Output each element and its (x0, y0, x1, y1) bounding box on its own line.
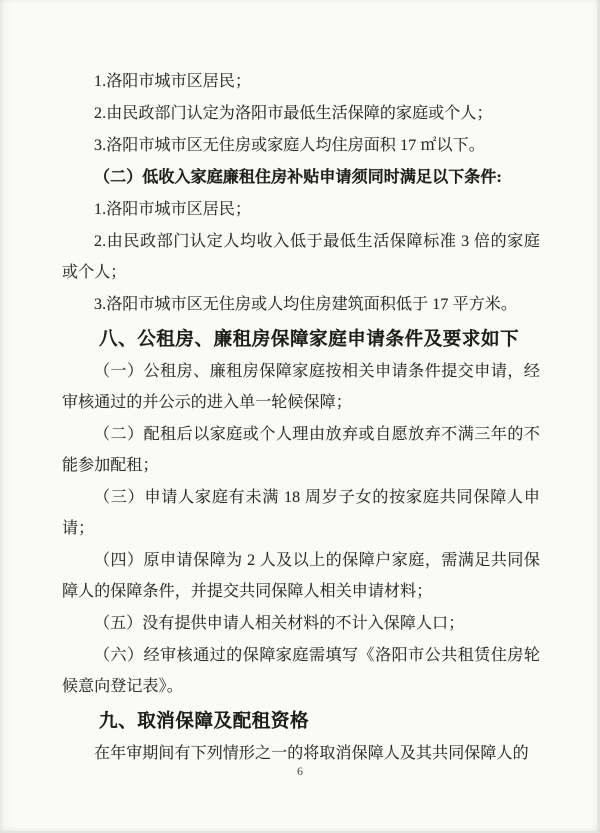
list-item: （五）没有提供申请人相关材料的不计入保障人口； (62, 608, 540, 639)
list-item: 2.由民政部门认定人均收入低于最低生活保障标准 3 倍的家庭或个人； (62, 226, 540, 288)
page-footer: 6 (0, 762, 600, 780)
list-item: （四）原申请保障为 2 人及以上的保障户家庭，需满足共同保障人的保障条件，并提交… (62, 545, 540, 607)
list-item: 1.洛阳市城市区居民； (62, 194, 540, 225)
list-item: 1.洛阳市城市区居民； (62, 66, 540, 97)
list-item: 3.洛阳市城市区无住房或家庭人均住房面积 17 ㎡以下。 (62, 130, 540, 161)
sub-heading: （二）低收入家庭廉租住房补贴申请须同时满足以下条件: (62, 162, 540, 193)
section-heading: 九、取消保障及配租资格 (62, 705, 540, 736)
page-number: 6 (297, 764, 303, 778)
list-item: 3.洛阳市城市区无住房或人均住房建筑面积低于 17 平方米。 (62, 289, 540, 320)
section-heading: 八、公租房、廉租房保障家庭申请条件及要求如下 (62, 323, 540, 354)
list-item: 2.由民政部门认定为洛阳市最低生活保障的家庭或个人； (62, 98, 540, 129)
scanned-document-page: 1.洛阳市城市区居民； 2.由民政部门认定为洛阳市最低生活保障的家庭或个人； 3… (0, 0, 600, 833)
list-item: （三）申请人家庭有未满 18 周岁子女的按家庭共同保障人申请； (62, 482, 540, 544)
scan-edge-artifact (598, 0, 599, 833)
list-item: （六）经审核通过的保障家庭需填写《洛阳市公共租赁住房轮候意向登记表》。 (62, 640, 540, 702)
document-body: 1.洛阳市城市区居民； 2.由民政部门认定为洛阳市最低生活保障的家庭或个人； 3… (62, 66, 540, 770)
list-item: （二）配租后以家庭或个人理由放弃或自愿放弃不满三年的不能参加配租； (62, 419, 540, 481)
list-item: （一）公租房、廉租房保障家庭按相关申请条件提交申请，经审核通过的并公示的进入单一… (62, 356, 540, 418)
